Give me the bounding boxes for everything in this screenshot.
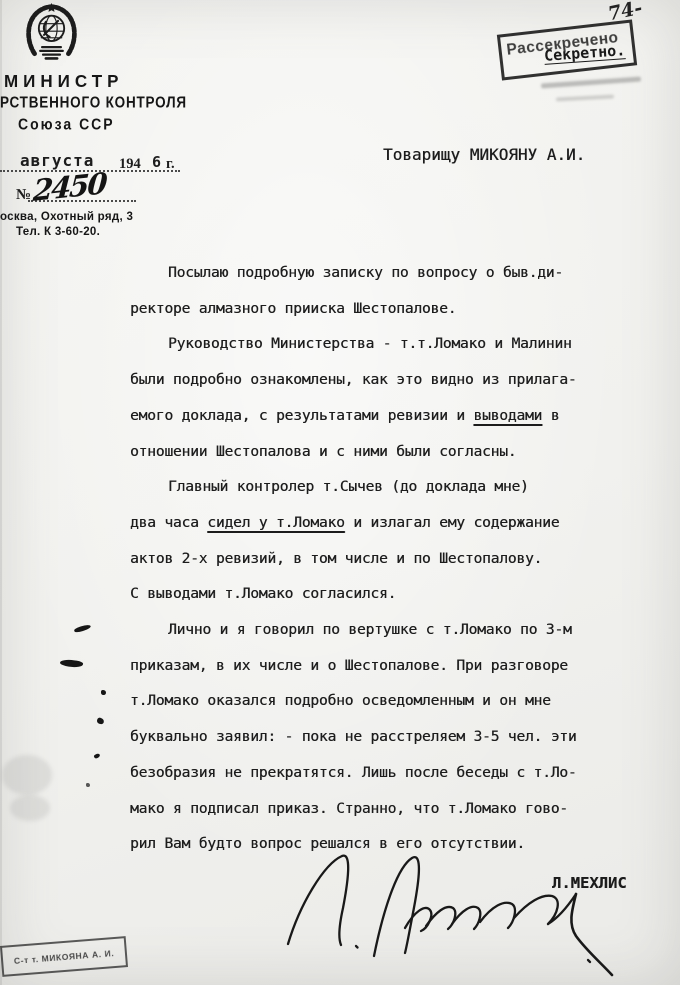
- scan-edge: [0, 0, 2, 985]
- secretariat-stamp: С-т т. МИКОЯНА А. И.: [0, 936, 128, 977]
- typed-line: С выводами т.Ломако согласился.: [130, 576, 660, 612]
- ink-speck: [74, 623, 92, 633]
- typed-line: Руководство Министерства - т.т.Ломако и …: [130, 326, 660, 362]
- date-year-digit: 6: [152, 153, 161, 171]
- ink-speck: [96, 717, 105, 725]
- soviet-coat-of-arms-icon: [23, 3, 80, 65]
- faint-stamp-smudge: [541, 77, 641, 89]
- date-year-printed: 194: [119, 156, 141, 173]
- handwritten-signature: [266, 842, 622, 982]
- typed-line: ректоре алмазного прииска Шестопалове.: [130, 291, 660, 327]
- scanned-letter-page: МИНИСТР РСТВЕННОГО КОНТРОЛЯ Союза ССР ав…: [0, 0, 680, 985]
- faint-stamp-smudge: [556, 94, 614, 101]
- typed-line: отношении Шестопалова и с ними были согл…: [130, 434, 660, 470]
- typed-line: Главный контролер т.Сычев (до доклада мн…: [130, 469, 660, 505]
- letterhead-subtitle: РСТВЕННОГО КОНТРОЛЯ: [0, 94, 187, 111]
- typed-line: безобразия не прекратятся. Лишь после бе…: [130, 755, 660, 791]
- typed-line: актов 2-х ревизий, в том числе и по Шест…: [130, 541, 660, 577]
- letterhead-title: МИНИСТР: [4, 72, 123, 93]
- typed-line: Лично и я говорил по вертушке с т.Ломако…: [130, 612, 660, 648]
- typed-line: мако я подписал приказ. Странно, что т.Л…: [130, 791, 660, 827]
- recipient-line: Товарищу МИКОЯНУ А.И.: [383, 145, 585, 164]
- secretariat-stamp-text: С-т т. МИКОЯНА А. И.: [13, 948, 114, 966]
- typed-line: два часа сидел у т.Ломако и излагал ему …: [130, 505, 660, 541]
- typed-line: Посылаю подробную записку по вопросу о б…: [130, 255, 660, 291]
- date-month: августа: [20, 151, 94, 170]
- typed-line: емого доклада, с результатами ревизии и …: [130, 398, 660, 434]
- body-text: Посылаю подробную записку по вопросу о б…: [130, 255, 660, 862]
- ink-speck: [60, 658, 84, 668]
- ink-speck: [93, 753, 100, 759]
- typed-line: были подробно ознакомлены, как это видно…: [130, 362, 660, 398]
- typed-line: т.Ломако оказался подробно осведомленным…: [130, 683, 660, 719]
- scan-ghost-mark: [2, 755, 52, 795]
- letterhead-address: осква, Охотный ряд, 3: [0, 211, 133, 223]
- letterhead-org: Союза ССР: [18, 115, 115, 133]
- scan-ghost-mark: [10, 795, 50, 821]
- typed-line: приказам, в их числе и о Шестопалове. Пр…: [130, 648, 660, 684]
- ink-speck: [101, 690, 106, 695]
- date-suffix: г.: [166, 156, 175, 173]
- typed-line: буквально заявил: - пока не расстреляем …: [130, 719, 660, 755]
- letterhead-phone: Тел. К 3-60-20.: [16, 226, 100, 238]
- ink-speck: [86, 783, 90, 787]
